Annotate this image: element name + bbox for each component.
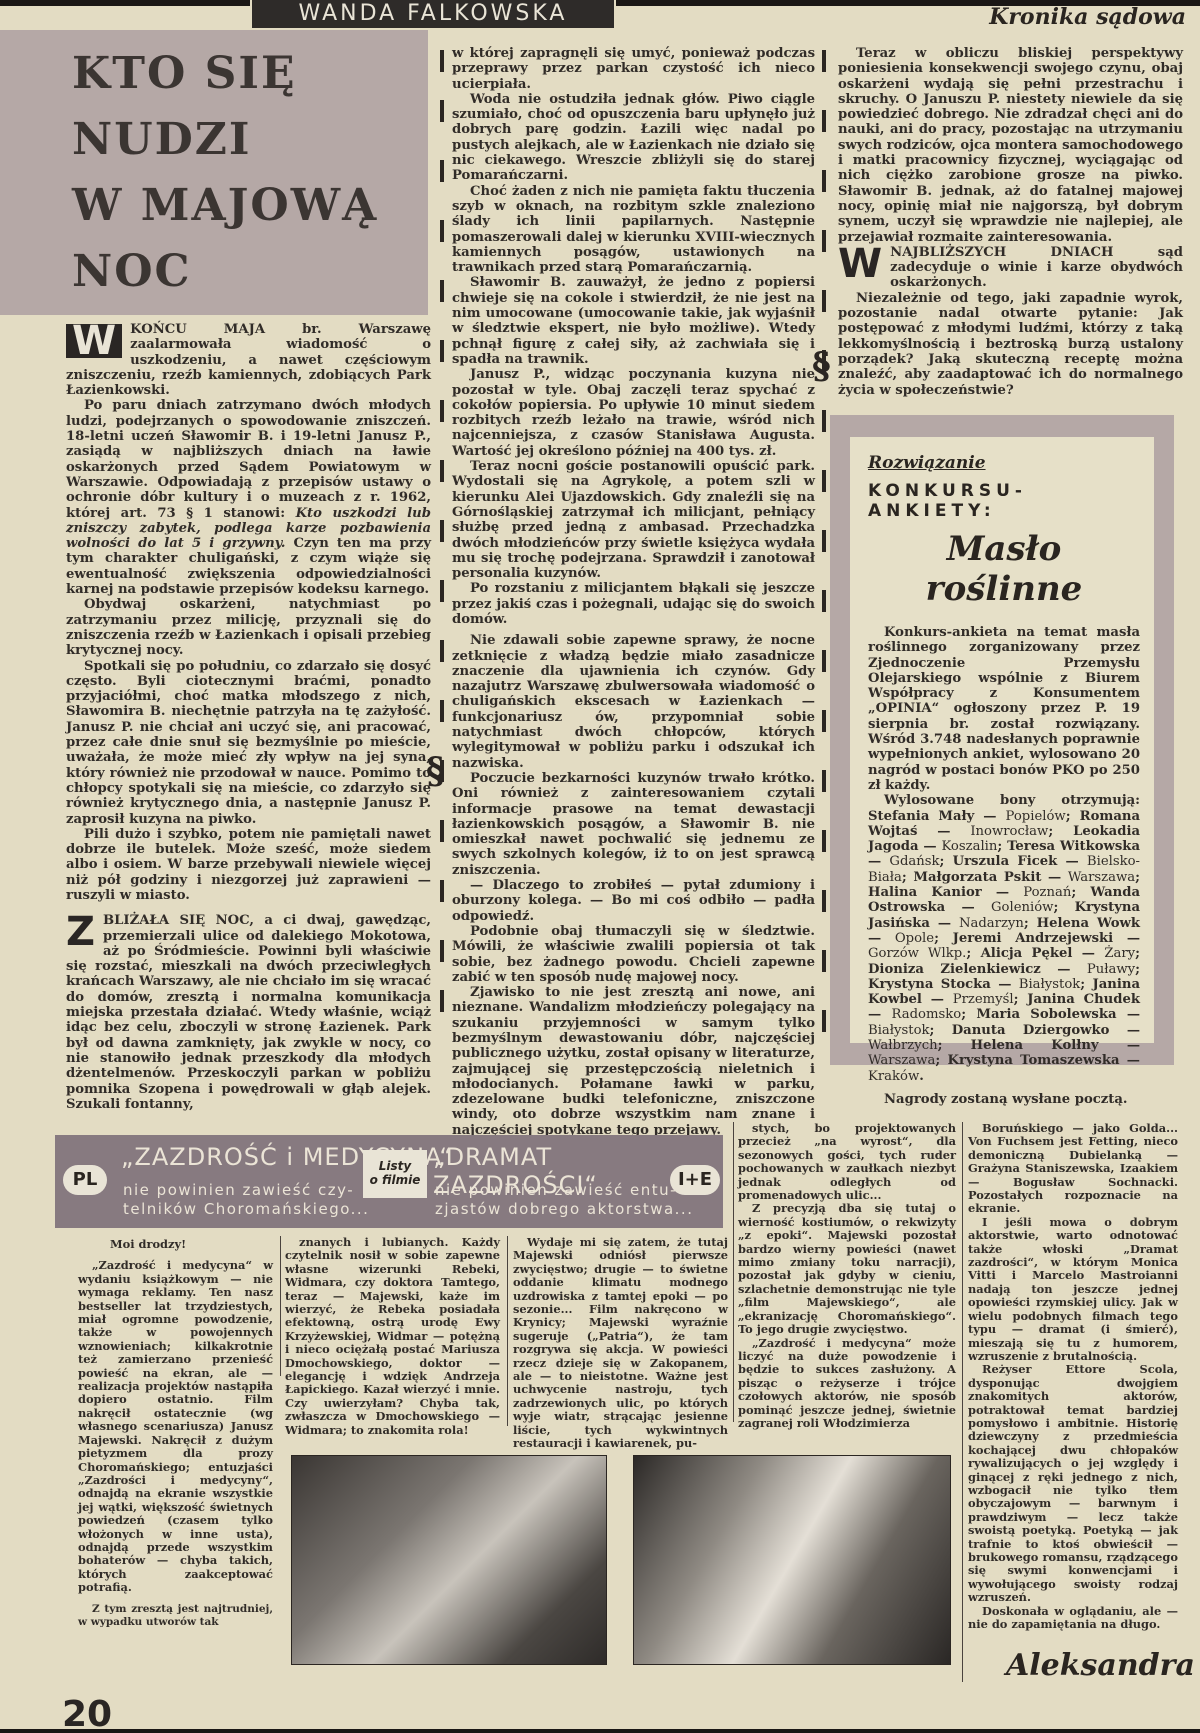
contest-heading: KONKURSU-ANKIETY: xyxy=(868,481,1140,521)
article-paragraph: Zjawisko to nie jest zresztą ani nowe, a… xyxy=(452,985,815,1138)
film-paragraph: „Zazdrość i medycyna“ może liczyć na duż… xyxy=(738,1337,956,1431)
article-paragraph: Niezależnie od tego, jaki zapadnie wyrok… xyxy=(838,291,1183,398)
pl-badge: PL xyxy=(63,1165,107,1195)
column-divider xyxy=(280,1236,281,1376)
film-still-photo-1 xyxy=(291,1455,607,1665)
contest-kicker: Rozwiązanie xyxy=(868,453,1140,473)
article-paragraph: Obydwaj oskarżeni, natychmiast po zatrzy… xyxy=(66,597,431,658)
contest-winners: Wylosowane bony otrzymują: Stefania Mały… xyxy=(868,793,1140,1084)
article-paragraph: Janusz P., widząc poczynania kuzyna nie … xyxy=(452,367,815,459)
film-column-3: Wydaje mi się zatem, że tutaj Majewski o… xyxy=(513,1236,728,1451)
article-paragraph: Po paru dniach zatrzymano dwóch młodych … xyxy=(66,398,431,597)
article-paragraph: Sławomir B. zauważył, że jedno z popiers… xyxy=(452,275,815,367)
greeting: Moi drodzy! xyxy=(78,1238,273,1251)
contest-body: Konkurs-ankieta na temat masła roślinneg… xyxy=(868,625,1140,1107)
film-column-4: stych, bo projektowanych przecież „na wy… xyxy=(738,1122,956,1430)
film-paragraph: Z precyzją dba się tutaj o wierność kost… xyxy=(738,1202,956,1336)
film-column-2: znanych i lubianych. Każdy czytelnik nos… xyxy=(285,1236,500,1437)
film-paragraph: Boruńskiego — jako Golda... Von Fuchsem … xyxy=(968,1122,1178,1216)
film-letters-banner: PL „ZAZDROŚĆ i MEDYCYNA“ nie powinien za… xyxy=(55,1135,723,1228)
contest-results-inner: Rozwiązanie KONKURSU-ANKIETY: Masło rośl… xyxy=(850,437,1154,1043)
film-column-5: Boruńskiego — jako Golda... Von Fuchsem … xyxy=(968,1122,1178,1631)
film-paragraph: stych, bo projektowanych przecież „na wy… xyxy=(738,1122,956,1202)
article-paragraph: Nie zdawali sobie zapewne sprawy, że noc… xyxy=(452,633,815,771)
film-paragraph: Z tym zresztą jest najtrudniej, w wypadk… xyxy=(78,1603,273,1630)
film-subtitle-left: nie powinien zawieść czy-telników Chorom… xyxy=(123,1181,369,1219)
ie-badge: I+E xyxy=(670,1165,720,1195)
article-paragraph: W KOŃCU MAJA br. Warszawę zaalarmowała w… xyxy=(66,322,431,398)
column-rule-marks xyxy=(440,50,446,1010)
contest-footer: Nagrody zostaną wysłane pocztą. xyxy=(868,1092,1140,1107)
film-paragraph: I jeśli mowa o dobrym aktorstwie, warto … xyxy=(968,1216,1178,1363)
author-byline: WANDA FALKOWSKA xyxy=(250,0,616,30)
film-paragraph: „Zazdrość i medycyna“ w wydaniu książkow… xyxy=(78,1259,273,1594)
film-paragraph: Wydaje mi się zatem, że tutaj Majewski o… xyxy=(513,1236,728,1451)
article-title-line-2: W MAJOWĄ NOC xyxy=(72,173,428,305)
film-paragraph: znanych i lubianych. Każdy czytelnik nos… xyxy=(285,1236,500,1437)
article-paragraph: Woda nie ostudziła jednak głów. Piwo cią… xyxy=(452,92,815,184)
article-paragraph: — Dlaczego to zrobiłeś — pytał zdumiony … xyxy=(452,878,815,924)
section-sign-icon: § xyxy=(812,345,831,387)
page-number: 20 xyxy=(62,1694,112,1733)
contest-intro: Konkurs-ankieta na temat masła roślinneg… xyxy=(868,625,1140,793)
article-paragraph: w której zapragnęli się umyć, ponieważ p… xyxy=(452,46,815,92)
drop-cap: W xyxy=(838,247,882,281)
article-paragraph: Pili dużo i szybko, potem nie pamiętali … xyxy=(66,827,431,903)
column-divider xyxy=(962,1122,963,1682)
contest-results-box: Rozwiązanie KONKURSU-ANKIETY: Masło rośl… xyxy=(830,415,1174,1065)
film-still-photo-2 xyxy=(633,1455,951,1665)
article-title-block: KTO SIĘ NUDZI W MAJOWĄ NOC xyxy=(0,30,428,315)
article-column-3: Teraz w obliczu bliskiej perspektywy pon… xyxy=(838,46,1183,398)
column-rule-marks xyxy=(822,50,828,1050)
article-paragraph: Z BLIŻAŁA SIĘ NOC, a ci dwaj, gawędząc, … xyxy=(66,913,431,1112)
film-column-1: Moi drodzy! „Zazdrość i medycyna“ w wyda… xyxy=(78,1238,273,1629)
article-paragraph: Podobnie obaj tłumaczyli się w śledztwie… xyxy=(452,924,815,985)
drop-cap: Z xyxy=(66,915,95,949)
article-paragraph: Po rozstaniu z milicjantem błąkali się j… xyxy=(452,581,815,627)
drop-cap: W xyxy=(66,324,122,358)
article-column-2: w której zapragnęli się umyć, ponieważ p… xyxy=(452,46,815,1138)
film-subtitle-right: nie powinien zawieść entu-zjastów dobreg… xyxy=(435,1181,693,1219)
column-divider xyxy=(507,1236,508,1426)
article-paragraph: Poczucie bezkarności kuzynów trwało krót… xyxy=(452,771,815,878)
article-paragraph: Teraz nocni goście postanowili opuścić p… xyxy=(452,459,815,581)
article-paragraph: Spotkali się po południu, co zdarzało si… xyxy=(66,659,431,827)
film-paragraph: Reżyser Ettore Scola, dysponując dwojgie… xyxy=(968,1363,1178,1604)
section-title: Kronika sądowa xyxy=(989,4,1186,30)
article-paragraph: Choć żaden z nich nie pamięta faktu tłuc… xyxy=(452,184,815,276)
column-divider xyxy=(733,1122,734,1422)
section-sign-icon: § xyxy=(426,750,445,792)
contest-name: Masło roślinne xyxy=(868,529,1140,609)
article-paragraph: Teraz w obliczu bliskiej perspektywy pon… xyxy=(838,46,1183,245)
article-column-1: W KOŃCU MAJA br. Warszawę zaalarmowała w… xyxy=(66,322,431,1112)
article-paragraph: W NAJBLIŻSZYCH DNIACH sąd zadecyduje o w… xyxy=(838,245,1183,291)
bottom-edge xyxy=(0,1729,1200,1733)
letters-about-film-label: Listyo filmie xyxy=(363,1150,427,1198)
film-paragraph: Doskonała w oglądaniu, ale — nie do zapa… xyxy=(968,1605,1178,1632)
author-signature: Aleksandra xyxy=(1006,1648,1195,1683)
article-title-line-1: KTO SIĘ NUDZI xyxy=(72,41,428,173)
